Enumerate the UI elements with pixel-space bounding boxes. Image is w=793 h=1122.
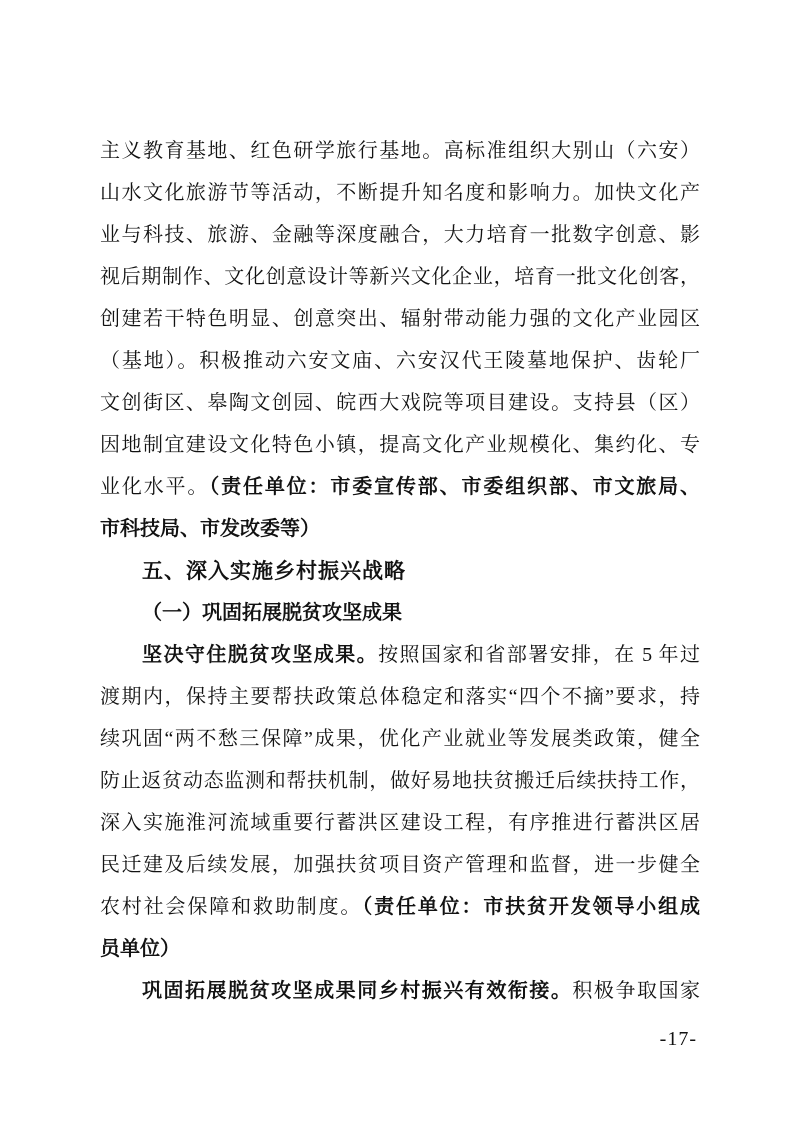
kai-text-segment: （责任单位：市委宣传部、市委组织部、市文旅局、 xyxy=(209,476,700,498)
body-text-segment: 因地制宜建设文化特色小镇，提高文化产业规模化、集约化、专 xyxy=(100,434,700,456)
body-text-segment: 深入实施淮河流域重要行蓄洪区建设工程，有序推进行蓄洪区居 xyxy=(100,812,700,834)
body-text-segment: 创建若干特色明显、创意突出、辐射带动能力强的文化产业园区 xyxy=(100,308,700,330)
kai-text-segment: （责任单位：市扶贫开发领导小组成 xyxy=(362,896,700,918)
text-line: （一）巩固拓展脱贫攻坚成果 xyxy=(100,592,700,634)
text-line: 员单位） xyxy=(100,928,700,970)
text-line: 业化水平。（责任单位：市委宣传部、市委组织部、市文旅局、 xyxy=(100,466,700,508)
text-line: 民迁建及后续发展，加强扶贫项目资产管理和监督，进一步健全 xyxy=(100,844,700,886)
text-line: 文创街区、皋陶文创园、皖西大戏院等项目建设。支持县（区） xyxy=(100,382,700,424)
body-text-segment: 渡期内，保持主要帮扶政策总体稳定和落实“四个不摘”要求，持 xyxy=(100,686,700,708)
text-line: 创建若干特色明显、创意突出、辐射带动能力强的文化产业园区 xyxy=(100,298,700,340)
text-line: 主义教育基地、红色研学旅行基地。高标准组织大别山（六安） xyxy=(100,130,700,172)
kai-text-segment: （一）巩固拓展脱贫攻坚成果 xyxy=(142,602,402,624)
bold-text-segment: 五、深入实施乡村振兴战略 xyxy=(142,560,406,583)
document-page: 主义教育基地、红色研学旅行基地。高标准组织大别山（六安）山水文化旅游节等活动，不… xyxy=(0,0,793,1122)
text-line: 农村社会保障和救助制度。（责任单位：市扶贫开发领导小组成 xyxy=(100,886,700,928)
text-line: 深入实施淮河流域重要行蓄洪区建设工程，有序推进行蓄洪区居 xyxy=(100,802,700,844)
paragraph-rural-linkage: 巩固拓展脱贫攻坚成果同乡村振兴有效衔接。积极争取国家 xyxy=(100,970,700,1012)
kai-text-segment: 市科技局、市发改委等） xyxy=(100,518,320,540)
paragraph-culture-industry: 主义教育基地、红色研学旅行基地。高标准组织大别山（六安）山水文化旅游节等活动，不… xyxy=(100,130,700,550)
text-line: 因地制宜建设文化特色小镇，提高文化产业规模化、集约化、专 xyxy=(100,424,700,466)
body-text-segment: 业化水平。 xyxy=(100,476,209,498)
bold-text-segment: 坚决守住脱贫攻坚成果。 xyxy=(142,644,378,666)
text-line: （基地）。积极推动六安文庙、六安汉代王陵墓地保护、齿轮厂 xyxy=(100,340,700,382)
text-line: 山水文化旅游节等活动，不断提升知名度和影响力。加快文化产 xyxy=(100,172,700,214)
body-text-segment: 农村社会保障和救助制度。 xyxy=(100,896,362,918)
text-line: 五、深入实施乡村振兴战略 xyxy=(100,550,700,592)
text-line: 防止返贫动态监测和帮扶机制，做好易地扶贫搬迁后续扶持工作， xyxy=(100,760,700,802)
body-text-segment: 文创街区、皋陶文创园、皖西大戏院等项目建设。支持县（区） xyxy=(100,392,700,414)
page-number: -17- xyxy=(660,1028,697,1051)
body-text-segment: 主义教育基地、红色研学旅行基地。高标准组织大别山（六安） xyxy=(100,140,700,162)
text-line: 视后期制作、文化创意设计等新兴文化企业，培育一批文化创客， xyxy=(100,256,700,298)
text-block: 主义教育基地、红色研学旅行基地。高标准组织大别山（六安）山水文化旅游节等活动，不… xyxy=(100,130,700,1012)
kai-text-segment: 员单位） xyxy=(100,938,180,960)
body-text-segment: 防止返贫动态监测和帮扶机制，做好易地扶贫搬迁后续扶持工作， xyxy=(100,770,700,792)
body-text-segment: 视后期制作、文化创意设计等新兴文化企业，培育一批文化创客， xyxy=(100,266,700,288)
text-line: 业与科技、旅游、金融等深度融合，大力培育一批数字创意、影 xyxy=(100,214,700,256)
text-line: 续巩固“两不愁三保障”成果，优化产业就业等发展类政策，健全 xyxy=(100,718,700,760)
body-text-segment: 民迁建及后续发展，加强扶贫项目资产管理和监督，进一步健全 xyxy=(100,854,700,876)
subsection-heading-poverty-alleviation: （一）巩固拓展脱贫攻坚成果 xyxy=(100,592,700,634)
text-line: 巩固拓展脱贫攻坚成果同乡村振兴有效衔接。积极争取国家 xyxy=(100,970,700,1012)
body-text-segment: 山水文化旅游节等活动，不断提升知名度和影响力。加快文化产 xyxy=(100,182,700,204)
bold-text-segment: 巩固拓展脱贫攻坚成果同乡村振兴有效衔接。 xyxy=(142,980,572,1002)
body-text-segment: 续巩固“两不愁三保障”成果，优化产业就业等发展类政策，健全 xyxy=(100,728,700,750)
body-text-segment: （基地）。积极推动六安文庙、六安汉代王陵墓地保护、齿轮厂 xyxy=(100,350,700,372)
text-line: 渡期内，保持主要帮扶政策总体稳定和落实“四个不摘”要求，持 xyxy=(100,676,700,718)
section-heading-rural-revitalization: 五、深入实施乡村振兴战略 xyxy=(100,550,700,592)
paragraph-poverty-consolidation: 坚决守住脱贫攻坚成果。按照国家和省部署安排，在 5 年过渡期内，保持主要帮扶政策… xyxy=(100,634,700,970)
body-text-segment: 积极争取国家 xyxy=(572,980,700,1002)
body-text-segment: 业与科技、旅游、金融等深度融合，大力培育一批数字创意、影 xyxy=(100,224,700,246)
text-line: 市科技局、市发改委等） xyxy=(100,508,700,550)
text-line: 坚决守住脱贫攻坚成果。按照国家和省部署安排，在 5 年过 xyxy=(100,634,700,676)
body-text-segment: 按照国家和省部署安排，在 5 年过 xyxy=(378,644,700,666)
